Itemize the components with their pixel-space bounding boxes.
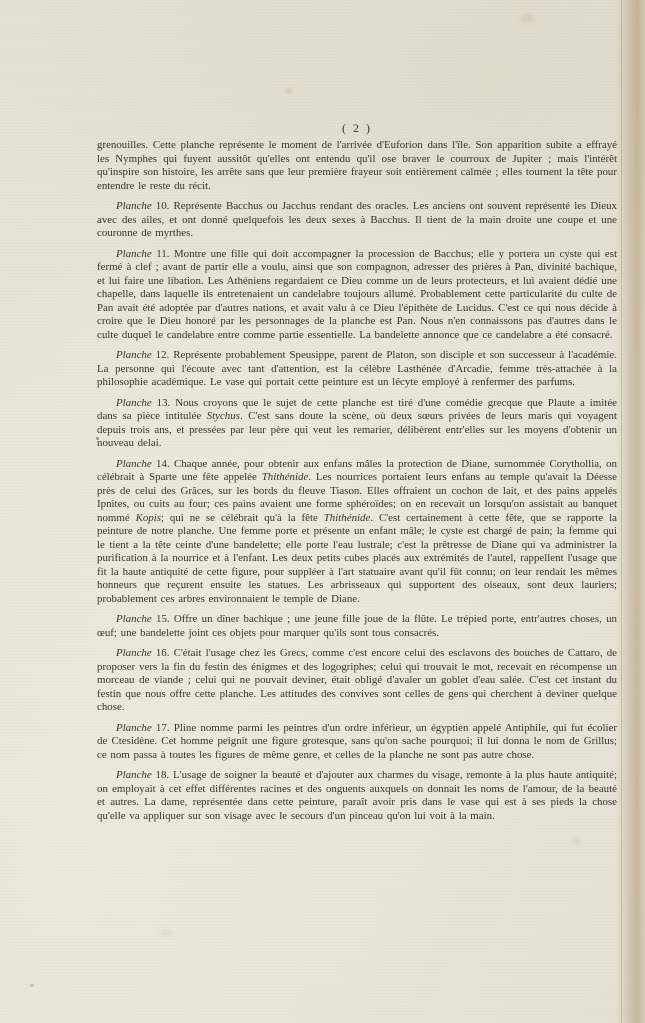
page-number: ( 2 ) (97, 121, 617, 136)
italic-term: Planche (116, 458, 152, 470)
text-run: 16. C'était l'usage chez les Grecs, comm… (97, 647, 617, 713)
text-run: ; qui ne se célébrait qu'à la fête (161, 512, 324, 524)
italic-term: Planche (116, 613, 152, 625)
italic-term: Kopis (136, 512, 161, 524)
italic-term: Planche (116, 248, 152, 260)
text-run: 11. Montre une fille qui doit accompagne… (97, 248, 617, 341)
planche-16-paragraph: Planche 16. C'était l'usage chez les Gre… (97, 647, 617, 715)
italic-term: Planche (116, 200, 152, 212)
planche-13-paragraph: Planche 13. Nous croyons que le sujet de… (97, 397, 617, 451)
book-edge-line (621, 0, 622, 1023)
text-run: . C'est certainement à cette fête, que s… (97, 512, 617, 605)
text-run: 18. L'usage de soigner la beauté et d'aj… (97, 769, 617, 822)
continuation-paragraph: grenouilles. Cette planche représente le… (97, 139, 617, 193)
text-run: 12. Représente probablement Speusippe, p… (97, 349, 617, 388)
text-run: 10. Représente Bacchus ou Jacchus rendan… (97, 200, 617, 239)
planche-18-paragraph: Planche 18. L'usage de soigner la beauté… (97, 769, 617, 823)
text-block: grenouilles. Cette planche représente le… (97, 139, 617, 830)
italic-term: Thithénide (324, 512, 371, 524)
planche-15-paragraph: Planche 15. Offre un dîner bachique ; un… (97, 613, 617, 640)
planche-14-paragraph: Planche 14. Chaque année, pour obtenir a… (97, 458, 617, 607)
italic-term: Planche (116, 722, 152, 734)
italic-term: Planche (116, 397, 152, 409)
text-run: grenouilles. Cette planche représente le… (97, 139, 617, 192)
italic-term: Planche (116, 769, 152, 781)
book-edge-band (615, 0, 645, 1023)
planche-11-paragraph: Planche 11. Montre une fille qui doit ac… (97, 248, 617, 343)
planche-12-paragraph: Planche 12. Représente probablement Speu… (97, 349, 617, 390)
text-run: 17. Pline nomme parmi les peintres d'un … (97, 722, 617, 761)
italic-term: Stychus (207, 410, 240, 422)
italic-term: Planche (116, 349, 152, 361)
text-run: 15. Offre un dîner bachique ; une jeune … (97, 613, 617, 639)
italic-term: Thithénide (262, 471, 309, 483)
planche-10-paragraph: Planche 10. Représente Bacchus ou Jacchu… (97, 200, 617, 241)
planche-17-paragraph: Planche 17. Pline nomme parmi les peintr… (97, 722, 617, 763)
italic-term: Planche (116, 647, 152, 659)
